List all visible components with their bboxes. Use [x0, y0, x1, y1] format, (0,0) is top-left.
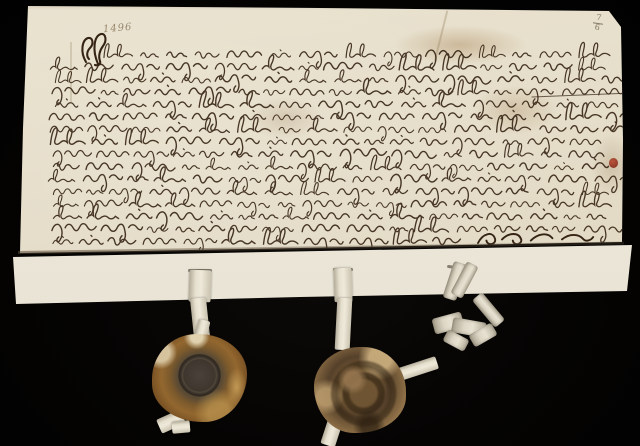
archival-number-annotation: 7 6: [592, 13, 605, 33]
wax-seal-right: [314, 347, 406, 433]
knotted-empty-tag: [425, 258, 515, 363]
charter-photograph: 1496 7 6: [0, 0, 640, 446]
wax-seal-left: [152, 334, 247, 422]
parchment-tag-left-end: [172, 420, 191, 434]
initial-letter-flourish: [82, 34, 619, 244]
parchment-crease: [70, 42, 72, 102]
parchment-crease: [434, 11, 449, 62]
red-wax-dot: [609, 158, 618, 168]
pencil-year-annotation: 1496: [103, 22, 133, 36]
archival-number-denominator: 6: [592, 23, 603, 33]
parchment-tag-right: [335, 298, 353, 351]
underline-stroke: [532, 94, 619, 98]
